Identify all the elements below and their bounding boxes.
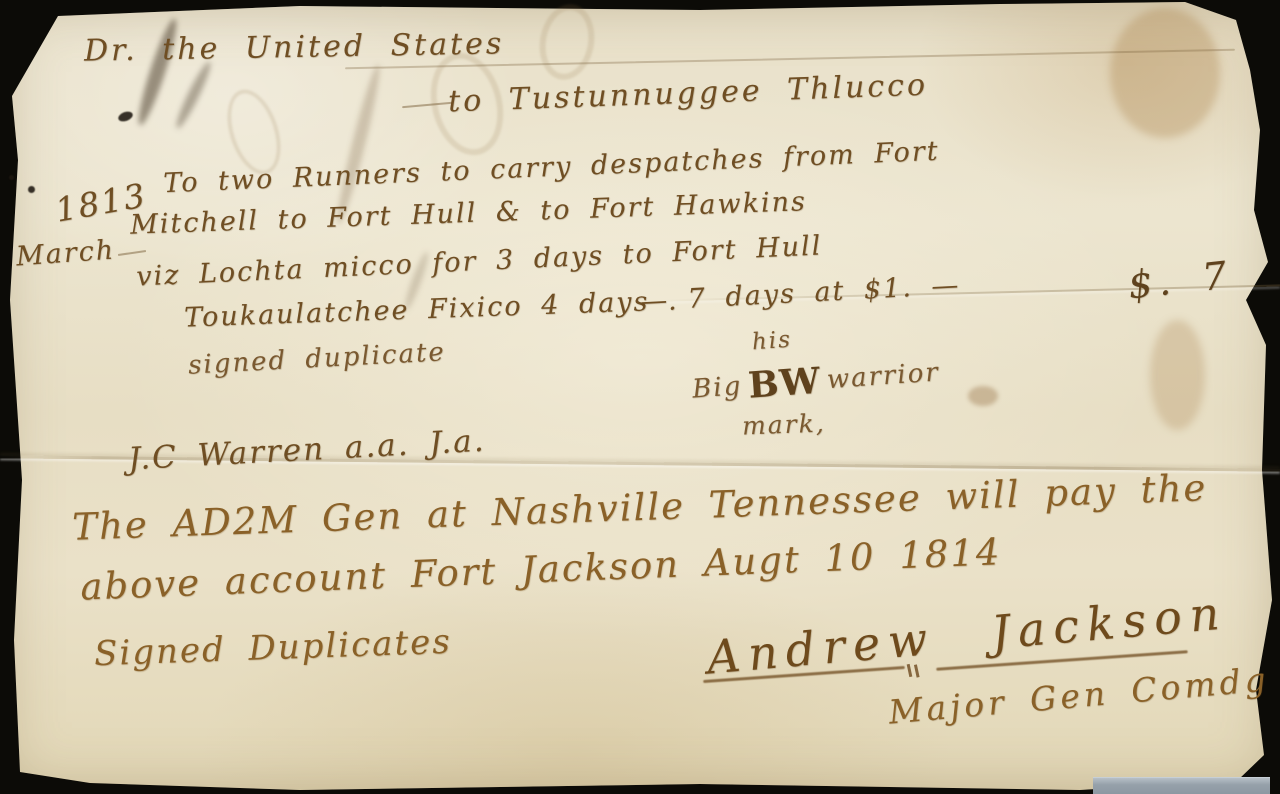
mark-prefix: Big bbox=[691, 371, 743, 404]
his-label: his bbox=[751, 327, 793, 356]
scanned-document: Dr. the United States to Tustunnuggee Th… bbox=[0, 0, 1280, 794]
ink-blot bbox=[28, 186, 35, 193]
mark-suffix: warrior bbox=[826, 357, 941, 395]
debit-header: Dr. the United States bbox=[84, 26, 505, 68]
mark-label: mark, bbox=[742, 409, 827, 441]
ink-blot bbox=[9, 175, 14, 180]
tape-repair-patch bbox=[1093, 777, 1270, 794]
mark-initials: BW bbox=[747, 360, 823, 407]
